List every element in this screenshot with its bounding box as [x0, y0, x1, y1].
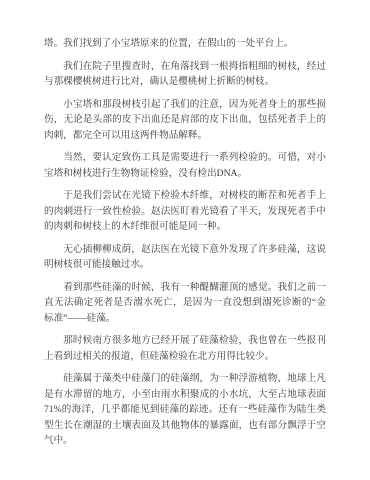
paragraph: 无心插柳柳成荫，赵法医在光镜下意外发现了许多硅藻，这说明树枝很可能接触过水。: [44, 242, 326, 273]
paragraph: 那时候南方很多地方已经开展了硅藻检验，我也曾在一些报刊上看到过相关的报道，但硅藻…: [44, 333, 326, 364]
text-column: 塔。我们找到了小宝塔原来的位置，在假山的一处平台上。我们在院子里搜查时，在角落找…: [44, 36, 326, 449]
paragraph: 塔。我们找到了小宝塔原来的位置，在假山的一处平台上。: [44, 36, 326, 52]
paragraph: 小宝塔和那段树枝引起了我们的注意，因为死者身上的那些损伤，无论是头部的皮下出血还…: [44, 97, 326, 144]
paragraph: 当然，要认定致伤工具是需要进行一系列检验的。可惜，对小宝塔和树枝进行生物物证检验…: [44, 150, 326, 181]
paragraph: 于是我们尝试在光镜下检验木纤维，对树枝的断茬和死者手上的肉刺进行一致性检验。赵法…: [44, 188, 326, 235]
paragraph: 硅藻属于藻类中硅藻门的硅藻纲，为一种浮游植物，地球上凡是有水滞留的地方，小至由雨…: [44, 371, 326, 449]
book-page: 塔。我们找到了小宝塔原来的位置，在假山的一处平台上。我们在院子里搜查时，在角落找…: [0, 0, 370, 480]
paragraph: 我们在院子里搜查时，在角落找到一根拇指粗细的树枝，经过与那棵樱桃树进行比对，确认…: [44, 59, 326, 90]
paragraph: 看到那些硅藻的时候，我有一种醍醐灌顶的感觉。我们之前一直无法确定死者是否溺水死亡…: [44, 280, 326, 327]
